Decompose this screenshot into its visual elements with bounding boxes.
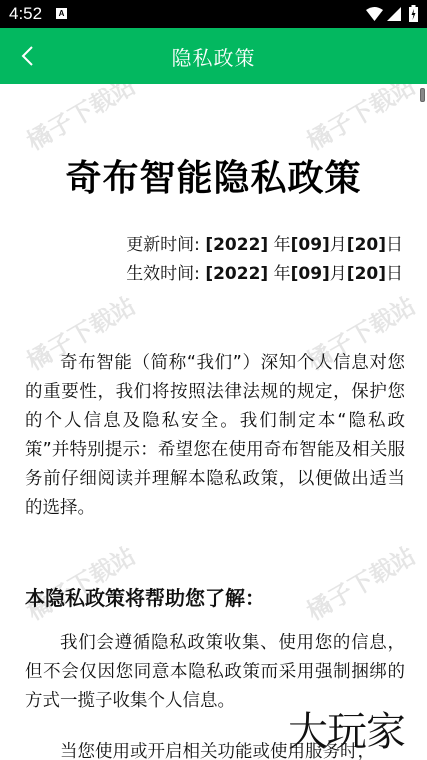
watermark: 橘子下载站 bbox=[299, 536, 420, 626]
status-bar: 4:52 A bbox=[0, 0, 427, 28]
cell-signal-icon bbox=[387, 7, 401, 21]
watermark: 橘子下载站 bbox=[299, 84, 420, 157]
effective-date: 生效时间: [2022] 年[09]月[20]日 bbox=[126, 259, 403, 284]
paragraph: 我们会遵循隐私政策收集、使用您的信息，但不会仅因您同意本隐私政策而采用强制捆绑的… bbox=[25, 629, 405, 716]
policy-content[interactable]: 橘子下载站 橘子下载站 橘子下载站 橘子下载站 橘子下载站 橘子下载站 奇布智能… bbox=[0, 84, 427, 760]
page-title: 隐私政策 bbox=[0, 42, 427, 71]
app-bar: 隐私政策 bbox=[0, 28, 427, 84]
section-heading: 本隐私政策将帮助您了解： bbox=[25, 582, 265, 611]
updated-date: 更新时间: [2022] 年[09]月[20]日 bbox=[126, 230, 403, 255]
intro-paragraph: 奇布智能（简称“我们”）深知个人信息对您的重要性，我们将按照法律法规的规定，保护… bbox=[25, 349, 405, 523]
notification-a-icon: A bbox=[56, 8, 67, 19]
watermark: 橘子下载站 bbox=[19, 84, 140, 157]
status-time: 4:52 bbox=[9, 4, 42, 24]
paragraph: 当您使用或开启相关功能或使用服务时， bbox=[25, 738, 405, 760]
document-title: 奇布智能隐私政策 bbox=[0, 150, 427, 201]
wifi-icon bbox=[366, 7, 383, 21]
battery-charging-icon bbox=[409, 5, 418, 22]
scrollbar[interactable] bbox=[420, 88, 425, 102]
